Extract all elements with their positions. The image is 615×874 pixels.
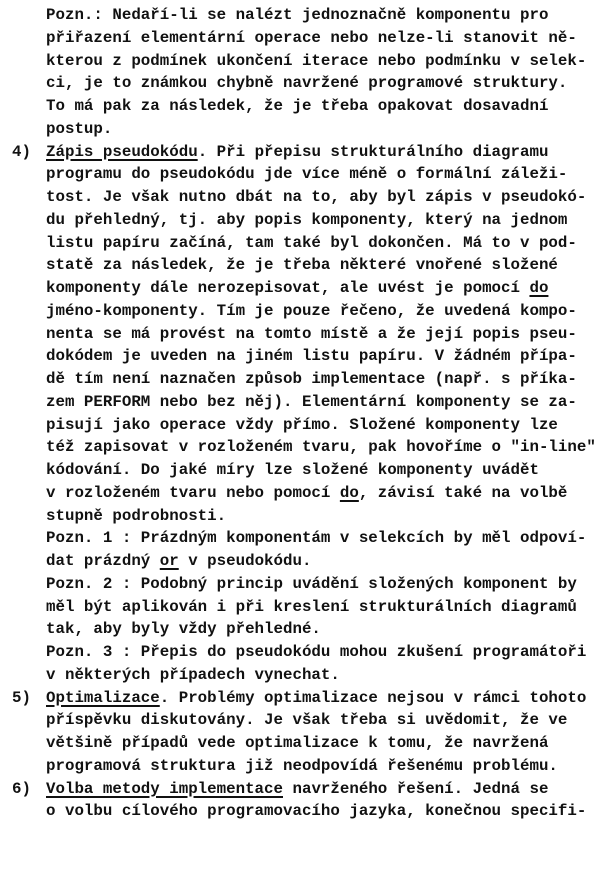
text-segment: Pozn.: Nedaří-li se nalézt jednoznačně k… [46, 6, 548, 24]
text-line: tak, aby byly vždy přehledné. [0, 618, 615, 641]
text-segment: měl být aplikován i při kreslení struktu… [46, 598, 577, 616]
text-line: programu do pseudokódu jde více méně o f… [0, 163, 615, 186]
text-line: dě tím není naznačen způsob implementace… [0, 368, 615, 391]
text-segment: . Při přepisu strukturálního diagramu [198, 143, 549, 161]
text-segment: ci, je to známkou chybně navržené progra… [46, 74, 567, 92]
text-line: Pozn. 2 : Podobný princip uvádění složen… [0, 573, 615, 596]
text-segment: stupně podrobnosti. [46, 507, 226, 525]
text-segment: v některých případech vynechat. [46, 666, 340, 684]
text-line: zem PERFORM nebo bez něj). Elementární k… [0, 391, 615, 414]
list-number: 6) [12, 778, 31, 801]
text-segment: tak, aby byly vždy přehledné. [46, 620, 321, 638]
text-line: du přehledný, tj. aby popis komponenty, … [0, 209, 615, 232]
text-segment: jméno-komponenty. Tím je pouze řečeno, ž… [46, 302, 577, 320]
text-line: Pozn. 1 : Prázdným komponentám v selekcí… [0, 527, 615, 550]
text-segment: du přehledný, tj. aby popis komponenty, … [46, 211, 567, 229]
text-line: většině případů vede optimalizace k tomu… [0, 732, 615, 755]
text-segment: příspěvku diskutovány. Je však třeba si … [46, 711, 567, 729]
text-line: dat prázdný or v pseudokódu. [0, 550, 615, 573]
text-segment: navrženého řešení. Jedná se [283, 780, 548, 798]
text-segment: též zapisovat v rozloženém tvaru, pak ho… [46, 438, 596, 456]
text-segment: pisují jako operace vždy přímo. Složené … [46, 416, 558, 434]
text-segment: Pozn. 1 : Prázdným komponentám v selekcí… [46, 529, 586, 547]
text-segment: Pozn. 2 : Podobný princip uvádění složen… [46, 575, 577, 593]
list-number: 4) [12, 141, 31, 164]
underlined-term: or [160, 552, 179, 570]
text-line: Pozn. 3 : Přepis do pseudokódu mohou zku… [0, 641, 615, 664]
text-segment: statě za následek, že je třeba některé v… [46, 256, 558, 274]
text-segment: dokódem je uveden na jiném listu papíru.… [46, 347, 577, 365]
text-segment: zem PERFORM nebo bez něj). Elementární k… [46, 393, 577, 411]
text-line: statě za následek, že je třeba některé v… [0, 254, 615, 277]
text-segment: přiřazení elementární operace nebo nelze… [46, 29, 577, 47]
text-segment: tost. Je však nutno dbát na to, aby byl … [46, 188, 586, 206]
list-item: 5)Optimalizace. Problémy optimalizace ne… [0, 687, 615, 778]
text-segment: dě tím není naznačen způsob implementace… [46, 370, 577, 388]
text-line: Pozn.: Nedaří-li se nalézt jednoznačně k… [0, 4, 615, 27]
text-line: stupně podrobnosti. [0, 505, 615, 528]
text-line: 5)Optimalizace. Problémy optimalizace ne… [0, 687, 615, 710]
text-segment: . Problémy optimalizace nejsou v rámci t… [160, 689, 587, 707]
text-segment: nenta se má provést na tomto místě a že … [46, 325, 577, 343]
list-number: 5) [12, 687, 31, 710]
text-line: v rozloženém tvaru nebo pomocí do, závis… [0, 482, 615, 505]
text-line: jméno-komponenty. Tím je pouze řečeno, ž… [0, 300, 615, 323]
text-line: To má pak za následek, že je třeba opako… [0, 95, 615, 118]
text-segment: To má pak za následek, že je třeba opako… [46, 97, 548, 115]
text-segment: komponenty dále nerozepisovat, ale uvést… [46, 279, 529, 297]
text-line: komponenty dále nerozepisovat, ale uvést… [0, 277, 615, 300]
text-segment: programu do pseudokódu jde více méně o f… [46, 165, 567, 183]
text-segment: Pozn. 3 : Přepis do pseudokódu mohou zku… [46, 643, 586, 661]
text-segment: kódování. Do jaké míry lze složené kompo… [46, 461, 539, 479]
text-line: též zapisovat v rozloženém tvaru, pak ho… [0, 436, 615, 459]
text-segment: v pseudokódu. [179, 552, 312, 570]
list-item: 4)Zápis pseudokódu. Při přepisu struktur… [0, 141, 615, 687]
underlined-term: Optimalizace [46, 689, 160, 707]
text-line: 4)Zápis pseudokódu. Při přepisu struktur… [0, 141, 615, 164]
text-line: nenta se má provést na tomto místě a že … [0, 323, 615, 346]
text-segment: dat prázdný [46, 552, 160, 570]
text-segment: většině případů vede optimalizace k tomu… [46, 734, 548, 752]
underlined-term: Zápis pseudokódu [46, 143, 198, 161]
list-item: 6)Volba metody implementace navrženého ř… [0, 778, 615, 824]
note-paragraph: Pozn.: Nedaří-li se nalézt jednoznačně k… [0, 4, 615, 141]
text-line: o volbu cílového programovacího jazyka, … [0, 800, 615, 823]
text-line: kódování. Do jaké míry lze složené kompo… [0, 459, 615, 482]
text-line: postup. [0, 118, 615, 141]
text-line: přiřazení elementární operace nebo nelze… [0, 27, 615, 50]
text-segment: kterou z podmínek ukončení iterace nebo … [46, 52, 586, 70]
underlined-term: do [529, 279, 548, 297]
text-segment: , závisí také na volbě [359, 484, 568, 502]
text-line: kterou z podmínek ukončení iterace nebo … [0, 50, 615, 73]
underlined-term: do [340, 484, 359, 502]
underlined-term: Volba metody implementace [46, 780, 283, 798]
text-line: listu papíru začíná, tam také byl dokonč… [0, 232, 615, 255]
text-line: dokódem je uveden na jiném listu papíru.… [0, 345, 615, 368]
text-line: tost. Je však nutno dbát na to, aby byl … [0, 186, 615, 209]
text-line: ci, je to známkou chybně navržené progra… [0, 72, 615, 95]
text-segment: postup. [46, 120, 112, 138]
text-segment: programová struktura již neodpovídá řeše… [46, 757, 558, 775]
text-line: 6)Volba metody implementace navrženého ř… [0, 778, 615, 801]
document-page: Pozn.: Nedaří-li se nalézt jednoznačně k… [0, 4, 615, 823]
text-segment: v rozloženém tvaru nebo pomocí [46, 484, 340, 502]
text-line: programová struktura již neodpovídá řeše… [0, 755, 615, 778]
text-line: v některých případech vynechat. [0, 664, 615, 687]
text-line: pisují jako operace vždy přímo. Složené … [0, 414, 615, 437]
text-segment: listu papíru začíná, tam také byl dokonč… [46, 234, 577, 252]
text-line: měl být aplikován i při kreslení struktu… [0, 596, 615, 619]
text-line: příspěvku diskutovány. Je však třeba si … [0, 709, 615, 732]
text-segment: o volbu cílového programovacího jazyka, … [46, 802, 586, 820]
